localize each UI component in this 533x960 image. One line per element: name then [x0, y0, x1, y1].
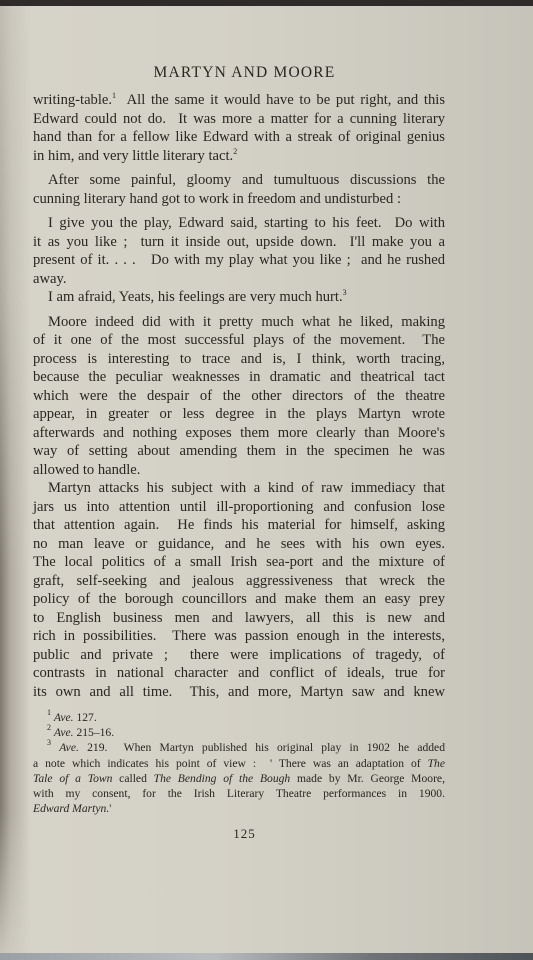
body-line: rich in possibilities. There was passion…: [33, 627, 445, 646]
footnote-3: 3 Ave. 219. When Martyn published his or…: [33, 740, 445, 755]
footnote-2: 2 Ave. 215–16.: [33, 725, 445, 740]
body-line: afterwards and nothing exposes them more…: [33, 424, 445, 443]
quote-line: I am afraid, Yeats, his feelings are ver…: [33, 288, 445, 307]
quote-line: away.: [33, 270, 445, 289]
body-line: writing-table.1 All the same it would ha…: [33, 91, 445, 110]
body-text: writing-table.1 All the same it would ha…: [33, 91, 445, 701]
body-line: public and private ; there were implicat…: [33, 646, 445, 665]
page-number: 125: [0, 826, 511, 842]
body-line: jars us into attention until ill-proport…: [33, 498, 445, 517]
body-line: hand than for a fellow like Edward with …: [33, 128, 445, 147]
body-line: of it one of the most successful plays o…: [33, 331, 445, 350]
body-line: The local politics of a small Irish sea-…: [33, 553, 445, 572]
footnote-3-line: a note which indicates his point of view…: [33, 756, 445, 771]
book-page: MARTYN AND MOORE writing-table.1 All the…: [0, 6, 533, 953]
body-line: its own and all time. This, and more, Ma…: [33, 683, 445, 702]
footnotes: 1 Ave. 127. 2 Ave. 215–16. 3 Ave. 219. W…: [33, 710, 445, 816]
body-line: policy of the borough councillors and ma…: [33, 590, 445, 609]
body-line: Edward could not do. It was more a matte…: [33, 110, 445, 129]
body-line: that attention again. He finds his mater…: [33, 516, 445, 535]
quote-line: I give you the play, Edward said, starti…: [33, 214, 445, 233]
body-line: Moore indeed did with it pretty much wha…: [33, 313, 445, 332]
footnote-3-line: with my consent, for the Irish Literary …: [33, 786, 445, 801]
body-line: which were the despair of the other dire…: [33, 387, 445, 406]
body-line: in him, and very little literary tact.2: [33, 147, 445, 166]
footnote-1: 1 Ave. 127.: [33, 710, 445, 725]
body-line: process is interesting to trace and is, …: [33, 350, 445, 369]
body-line: way of setting about amending them in th…: [33, 442, 445, 461]
body-line: Martyn attacks his subject with a kind o…: [33, 479, 445, 498]
body-line: appear, in greater or less degree in the…: [33, 405, 445, 424]
quote-line: present of it. . . . Do with my play wha…: [33, 251, 445, 270]
body-line: cunning literary hand got to work in fre…: [33, 190, 445, 209]
photo-background-bottom: [0, 953, 533, 960]
body-line: to English business men and lawyers, all…: [33, 609, 445, 628]
quote-line: it as you like ; turn it inside out, ups…: [33, 233, 445, 252]
body-line: graft, self-seeking and jealous aggressi…: [33, 572, 445, 591]
running-head: MARTYN AND MOORE: [0, 64, 511, 82]
body-line: no man leave or guidance, and he sees wi…: [33, 535, 445, 554]
footnote-3-signature: Edward Martyn.': [33, 801, 445, 816]
binding-shadow: [0, 6, 30, 953]
body-line: contrasts in national character and conf…: [33, 664, 445, 683]
footnote-3-line: Tale of a Town called The Bending of the…: [33, 771, 445, 786]
body-line: because the peculiar weaknesses in drama…: [33, 368, 445, 387]
body-line: After some painful, gloomy and tumultuou…: [33, 171, 445, 190]
body-line: allowed to handle.: [33, 461, 445, 480]
